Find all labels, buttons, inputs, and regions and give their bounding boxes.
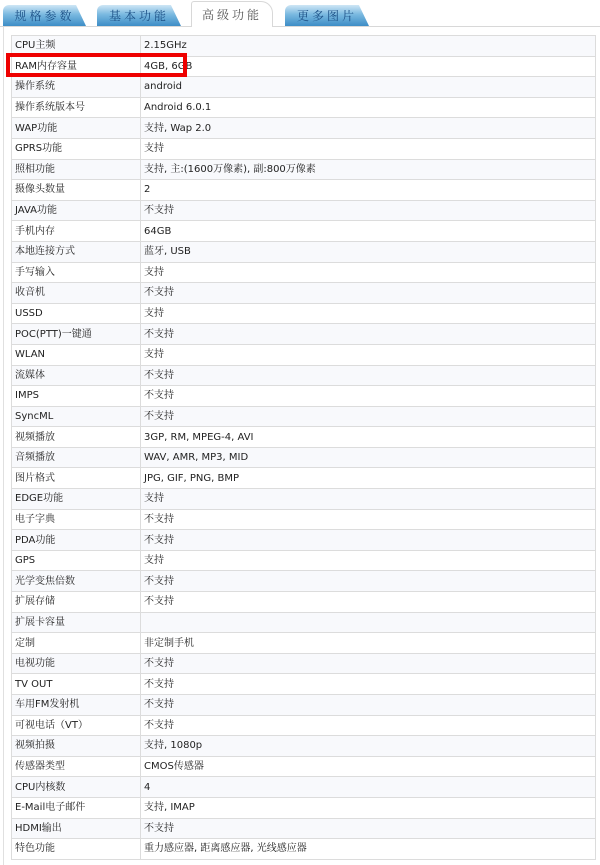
table-row: 摄像头数量2 xyxy=(12,180,596,201)
spec-value: 支持 xyxy=(141,262,596,283)
spec-value: 不支持 xyxy=(141,386,596,407)
spec-value: WAV, AMR, MP3, MID xyxy=(141,447,596,468)
spec-value: 支持 xyxy=(141,344,596,365)
spec-value: 不支持 xyxy=(141,818,596,839)
spec-value: 不支持 xyxy=(141,592,596,613)
spec-key: 光学变焦倍数 xyxy=(12,571,141,592)
spec-value: 不支持 xyxy=(141,509,596,530)
spec-panel: CPU主频2.15GHzRAM内存容量4GB, 6GB操作系统android操作… xyxy=(3,27,599,865)
table-row: 定制非定制手机 xyxy=(12,633,596,654)
spec-key: 手机内存 xyxy=(12,221,141,242)
spec-value: 不支持 xyxy=(141,530,596,551)
table-row: 图片格式JPG, GIF, PNG, BMP xyxy=(12,468,596,489)
tab-specs[interactable]: 规格参数 xyxy=(3,5,86,26)
spec-key: 扩展卡容量 xyxy=(12,612,141,633)
spec-value: 蓝牙, USB xyxy=(141,241,596,262)
spec-value: CMOS传感器 xyxy=(141,756,596,777)
tab-basic-features[interactable]: 基本功能 xyxy=(97,5,181,26)
spec-value: 支持, 主:(1600万像素), 副:800万像素 xyxy=(141,159,596,180)
spec-value: 4GB, 6GB xyxy=(141,56,596,77)
spec-value: 不支持 xyxy=(141,200,596,221)
spec-key: TV OUT xyxy=(12,674,141,695)
table-row: 光学变焦倍数不支持 xyxy=(12,571,596,592)
table-row: 操作系统android xyxy=(12,77,596,98)
table-row: CPU主频2.15GHz xyxy=(12,36,596,57)
table-row: JAVA功能不支持 xyxy=(12,200,596,221)
spec-value: 支持, IMAP xyxy=(141,797,596,818)
spec-value: 不支持 xyxy=(141,406,596,427)
spec-key: 流媒体 xyxy=(12,365,141,386)
table-row: WAP功能支持, Wap 2.0 xyxy=(12,118,596,139)
table-row: RAM内存容量4GB, 6GB xyxy=(12,56,596,77)
spec-key: 音频播放 xyxy=(12,447,141,468)
spec-key: 操作系统版本号 xyxy=(12,97,141,118)
table-row: PDA功能不支持 xyxy=(12,530,596,551)
spec-value: JPG, GIF, PNG, BMP xyxy=(141,468,596,489)
spec-value xyxy=(141,612,596,633)
spec-key: PDA功能 xyxy=(12,530,141,551)
spec-key: 可视电话（VT） xyxy=(12,715,141,736)
spec-key: 传感器类型 xyxy=(12,756,141,777)
table-row: 视频拍摄支持, 1080p xyxy=(12,736,596,757)
spec-value: 4 xyxy=(141,777,596,798)
spec-value: 支持, 1080p xyxy=(141,736,596,757)
table-row: 电子字典不支持 xyxy=(12,509,596,530)
spec-value: 2 xyxy=(141,180,596,201)
table-row: POC(PTT)一键通不支持 xyxy=(12,324,596,345)
spec-value: 64GB xyxy=(141,221,596,242)
spec-value: 支持 xyxy=(141,303,596,324)
spec-key: 操作系统 xyxy=(12,77,141,98)
spec-key: E-Mail电子邮件 xyxy=(12,797,141,818)
table-row: USSD支持 xyxy=(12,303,596,324)
spec-key: 视频播放 xyxy=(12,427,141,448)
spec-key: WAP功能 xyxy=(12,118,141,139)
table-row: 车用FM发射机不支持 xyxy=(12,695,596,716)
spec-key: IMPS xyxy=(12,386,141,407)
spec-key: EDGE功能 xyxy=(12,489,141,510)
spec-value: 3GP, RM, MPEG-4, AVI xyxy=(141,427,596,448)
spec-value: 不支持 xyxy=(141,695,596,716)
table-row: 操作系统版本号Android 6.0.1 xyxy=(12,97,596,118)
table-row: 扩展卡容量 xyxy=(12,612,596,633)
spec-key: SyncML xyxy=(12,406,141,427)
spec-value: 重力感应器, 距离感应器, 光线感应器 xyxy=(141,839,596,860)
spec-key: 电视功能 xyxy=(12,653,141,674)
table-row: EDGE功能支持 xyxy=(12,489,596,510)
table-row: E-Mail电子邮件支持, IMAP xyxy=(12,797,596,818)
table-row: 传感器类型CMOS传感器 xyxy=(12,756,596,777)
spec-key: 手写输入 xyxy=(12,262,141,283)
spec-key: 定制 xyxy=(12,633,141,654)
table-row: IMPS不支持 xyxy=(12,386,596,407)
spec-key: GPS xyxy=(12,550,141,571)
spec-key: 本地连接方式 xyxy=(12,241,141,262)
spec-key: HDMI输出 xyxy=(12,818,141,839)
table-row: 本地连接方式蓝牙, USB xyxy=(12,241,596,262)
table-row: 可视电话（VT）不支持 xyxy=(12,715,596,736)
table-row: TV OUT不支持 xyxy=(12,674,596,695)
spec-key: 视频拍摄 xyxy=(12,736,141,757)
table-row: CPU内核数4 xyxy=(12,777,596,798)
table-row: 手写输入支持 xyxy=(12,262,596,283)
spec-key: POC(PTT)一键通 xyxy=(12,324,141,345)
spec-value: 不支持 xyxy=(141,571,596,592)
spec-value: android xyxy=(141,77,596,98)
spec-key: 电子字典 xyxy=(12,509,141,530)
spec-value: 支持 xyxy=(141,550,596,571)
table-row: 流媒体不支持 xyxy=(12,365,596,386)
table-row: 手机内存64GB xyxy=(12,221,596,242)
spec-key: 摄像头数量 xyxy=(12,180,141,201)
table-row: GPS支持 xyxy=(12,550,596,571)
tab-advanced-features[interactable]: 高级功能 xyxy=(191,1,273,27)
spec-key: WLAN xyxy=(12,344,141,365)
spec-value: 支持 xyxy=(141,138,596,159)
spec-value: 支持, Wap 2.0 xyxy=(141,118,596,139)
spec-key: 图片格式 xyxy=(12,468,141,489)
spec-key: 扩展存储 xyxy=(12,592,141,613)
table-row: 电视功能不支持 xyxy=(12,653,596,674)
spec-key: 特色功能 xyxy=(12,839,141,860)
spec-value: 非定制手机 xyxy=(141,633,596,654)
table-row: GPRS功能支持 xyxy=(12,138,596,159)
tab-more-images[interactable]: 更多图片 xyxy=(285,5,369,26)
table-row: HDMI输出不支持 xyxy=(12,818,596,839)
spec-value: 不支持 xyxy=(141,674,596,695)
table-row: 视频播放3GP, RM, MPEG-4, AVI xyxy=(12,427,596,448)
spec-key: 照相功能 xyxy=(12,159,141,180)
spec-key: JAVA功能 xyxy=(12,200,141,221)
table-row: 音频播放WAV, AMR, MP3, MID xyxy=(12,447,596,468)
spec-key: GPRS功能 xyxy=(12,138,141,159)
table-row: SyncML不支持 xyxy=(12,406,596,427)
spec-value: 不支持 xyxy=(141,283,596,304)
spec-key: CPU主频 xyxy=(12,36,141,57)
spec-value: Android 6.0.1 xyxy=(141,97,596,118)
table-row: 照相功能支持, 主:(1600万像素), 副:800万像素 xyxy=(12,159,596,180)
table-row: 收音机不支持 xyxy=(12,283,596,304)
spec-value: 不支持 xyxy=(141,715,596,736)
spec-value: 不支持 xyxy=(141,324,596,345)
spec-key: USSD xyxy=(12,303,141,324)
spec-value: 不支持 xyxy=(141,653,596,674)
spec-value: 2.15GHz xyxy=(141,36,596,57)
spec-value: 不支持 xyxy=(141,365,596,386)
spec-key: 车用FM发射机 xyxy=(12,695,141,716)
spec-table: CPU主频2.15GHzRAM内存容量4GB, 6GB操作系统android操作… xyxy=(11,35,596,860)
table-row: WLAN支持 xyxy=(12,344,596,365)
spec-value: 支持 xyxy=(141,489,596,510)
spec-key: RAM内存容量 xyxy=(12,56,141,77)
table-row: 扩展存储不支持 xyxy=(12,592,596,613)
spec-key: CPU内核数 xyxy=(12,777,141,798)
table-row: 特色功能重力感应器, 距离感应器, 光线感应器 xyxy=(12,839,596,860)
tab-bar: 规格参数 基本功能 高级功能 更多图片 xyxy=(0,0,600,27)
spec-key: 收音机 xyxy=(12,283,141,304)
